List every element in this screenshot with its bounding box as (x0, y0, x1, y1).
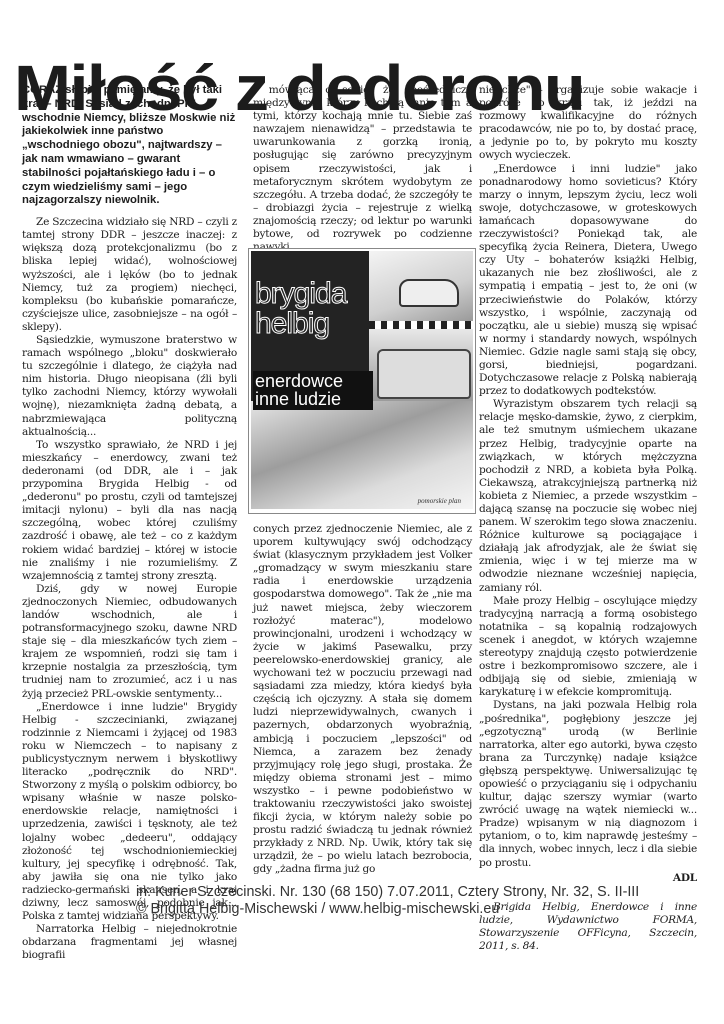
cover-publisher-mark: pomorskie plan (418, 497, 461, 505)
paragraph: To wszystko sprawiało, że NRD i jej mies… (22, 439, 237, 583)
article-lead: CORAZ słabiej pamiętamy, że był taki kra… (22, 84, 237, 208)
paragraph: Narratorka Helbig – niejednokrotnie obda… (22, 923, 237, 962)
trabant-car-illustration (377, 349, 471, 399)
article-column-3: nie chce" – organizuje sobie wakacje i p… (479, 84, 697, 953)
paragraph: Wyrazistym obszarem tych relacji są rela… (479, 398, 697, 594)
article-column-1: CORAZ słabiej pamiętamy, że był taki kra… (22, 84, 237, 963)
paragraph: Dziś, gdy w nowej Europie zjednoczonych … (22, 583, 237, 701)
cover-photo-bottom (251, 401, 473, 509)
cover-author-last-name: helbig (255, 309, 373, 339)
lead-kicker: CORAZ (22, 84, 62, 96)
cover-author-first-name: brygida (255, 279, 373, 309)
cover-book-title: enerdowce inne ludzie (253, 371, 373, 410)
paragraph: conych przez zjednoczenie Niemiec, ale z… (253, 523, 472, 877)
car-illustration (399, 279, 459, 307)
paragraph: nie chce" – organizuje sobie wakacje i p… (479, 84, 697, 163)
copyright-line: © Brigitta Helbig-Mischewski / www.helbi… (136, 901, 696, 918)
lead-text: słabiej pamiętamy, że był taki kraj – NR… (22, 84, 235, 206)
source-footer: in: Kurier Szczecinski. Nr. 130 (68 150)… (136, 884, 696, 918)
paragraph: – mówiąca o sobie, że „pośredniczy międz… (253, 84, 472, 254)
article-column-2-bottom: conych przez zjednoczenie Niemiec, ale z… (253, 523, 472, 877)
cover-author: brygida helbig (255, 279, 373, 339)
checkered-stripe (369, 321, 473, 329)
book-cover-image: brygida helbig enerdowce inne ludzie pom… (248, 248, 476, 514)
author-signature: ADL (479, 872, 697, 885)
paragraph: Ze Szczecina widziało się NRD – czyli z … (22, 216, 237, 334)
cover-title-line-2: inne ludzie (255, 390, 373, 408)
cover-title-line-1: enerdowce (255, 372, 373, 390)
paragraph: Dystans, na jaki pozwala Helbig rola „po… (479, 699, 697, 869)
source-citation: in: Kurier Szczecinski. Nr. 130 (68 150)… (136, 884, 696, 901)
paragraph: „Enerdowce i inni ludzie" jako ponadnaro… (479, 163, 697, 399)
paragraph: Sąsiedzkie, wymuszone braterstwo w ramac… (22, 334, 237, 439)
paragraph: Małe prozy Helbig – oscylujące między tr… (479, 595, 697, 700)
